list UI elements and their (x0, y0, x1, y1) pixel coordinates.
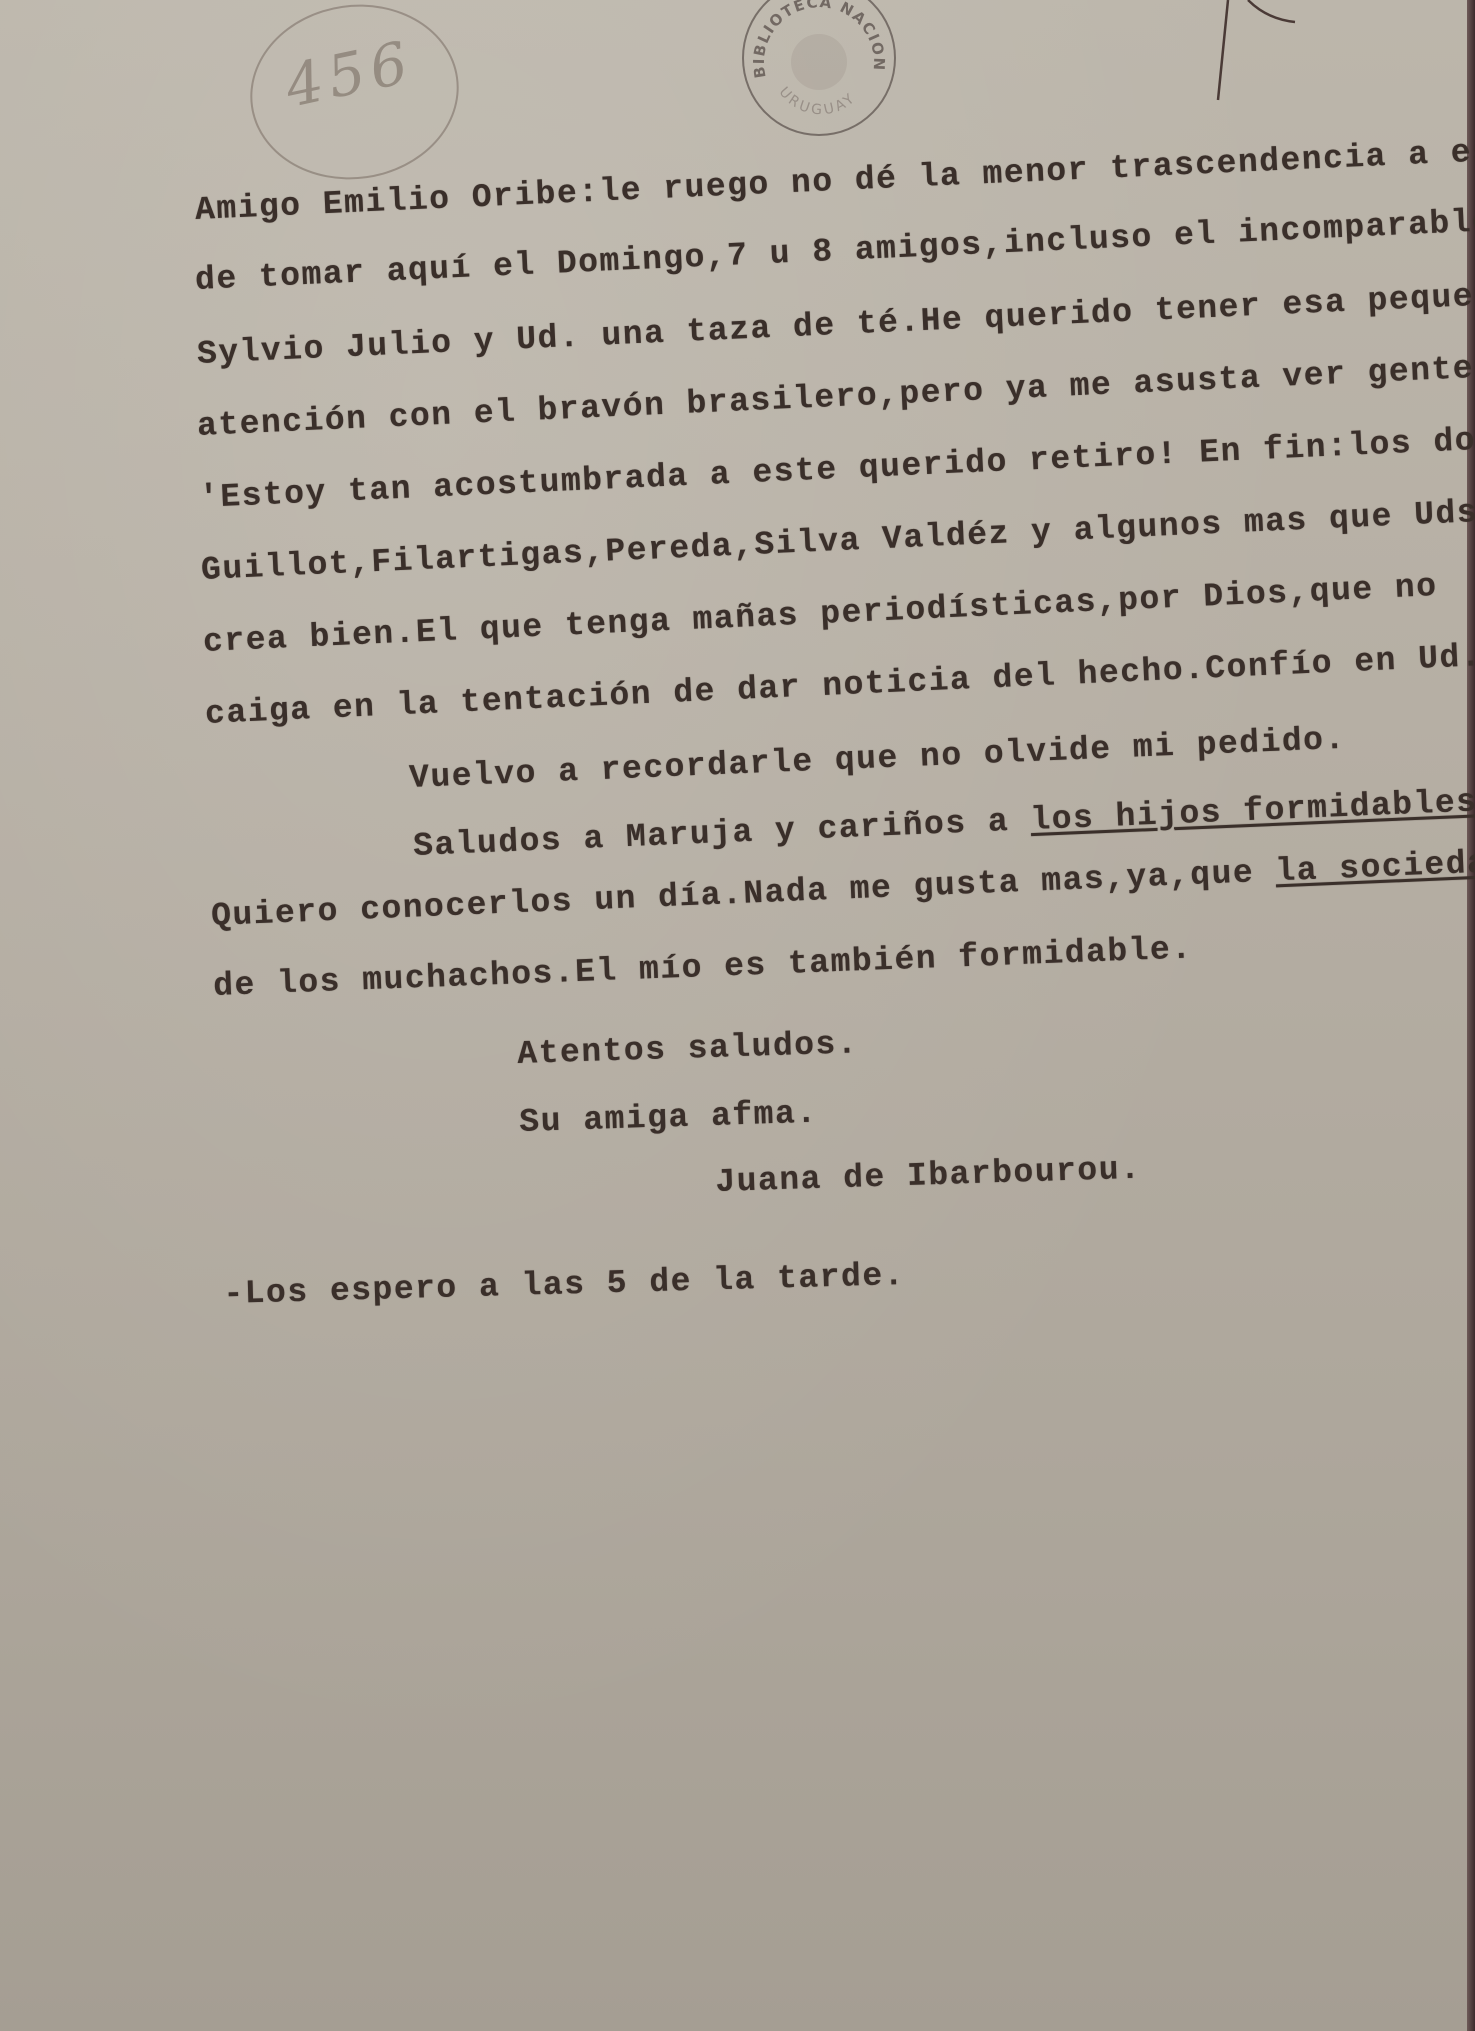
closing-valediction: Su amiga afma. (519, 1095, 818, 1141)
signature: Juana de Ibarbourou. (715, 1151, 1142, 1201)
closing-greeting: Atentos saludos. (517, 1025, 859, 1073)
wish-line: Quiero conocerlos un día.Nada me gusta m… (210, 844, 1475, 935)
underlined-phrase: los hijos formidables (1030, 783, 1475, 839)
greeting-text: Saludos a Maruja y cariños a (412, 802, 1031, 865)
body-line: de los muchachos.El mío es también formi… (213, 930, 1194, 1005)
paragraph-reminder: Vuelvo a recordarle que no olvide mi ped… (408, 721, 1346, 797)
underlined-phrase: la sociedad (1275, 844, 1475, 891)
letter-body: Amigo Emilio Oribe:le ruego no dé la men… (0, 0, 1475, 1300)
body-line: crea bien.El que tenga mañas periodístic… (202, 568, 1438, 661)
wish-text: Quiero conocerlos un día.Nada me gusta m… (210, 853, 1276, 935)
